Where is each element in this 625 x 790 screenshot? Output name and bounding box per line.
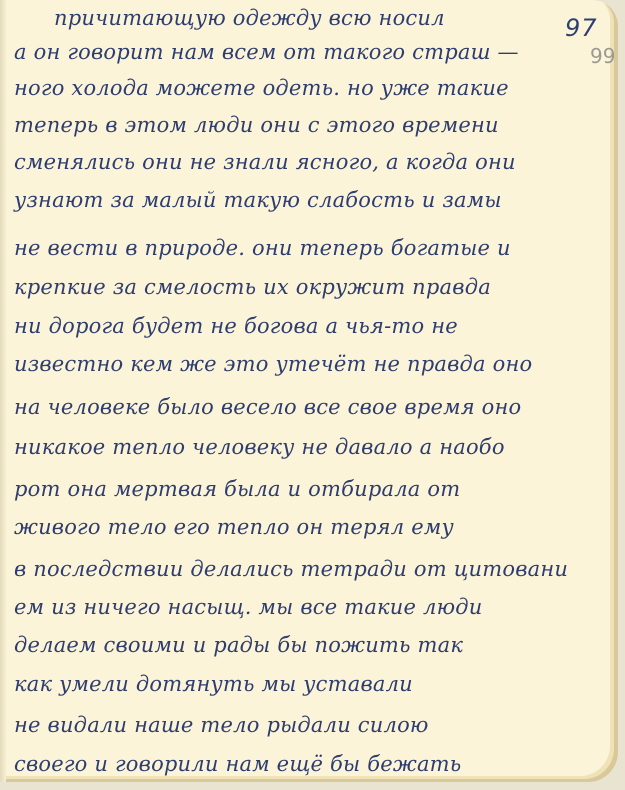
text-line: на человеке было весело все свое время о… <box>14 395 521 419</box>
text-line: теперь в этом люди они с этого времени <box>14 113 499 137</box>
text-line: узнают за малый такую слабость и замы <box>14 188 502 212</box>
text-line: делаем своими и рады бы пожить так <box>14 633 463 657</box>
text-line: рот она мертвая была и отбирала от <box>14 477 460 501</box>
text-line: ем из ничего насыщ. мы все такие люди <box>14 595 483 619</box>
text-line: не видали наше тело рыдали силою <box>14 713 429 737</box>
text-line: ного холода можете одеть. но уже такие <box>14 76 509 100</box>
text-line: крепкие за смелость их окружит правда <box>14 275 491 299</box>
text-line: живого тело его тепло он терял ему <box>14 515 454 539</box>
page-number: 97 <box>565 14 598 42</box>
page-number-stamp: 99 <box>590 44 615 68</box>
text-line: никакое тепло человеку не давало а наобо <box>14 435 505 459</box>
text-line: а он говорит нам всем от такого страш — <box>14 40 519 64</box>
text-line: причитающую одежду всю носил <box>54 6 445 30</box>
text-line: сменялись они не знали ясного, а когда о… <box>14 150 516 174</box>
notebook-page: 97 99 причитающую одежду всю носил а он … <box>0 0 618 782</box>
text-line: в последствии делались тетради от цитова… <box>14 557 568 581</box>
text-line: известно кем же это утечёт не правда оно <box>14 352 532 376</box>
text-line: своего и говорили нам ещё бы бежать <box>14 752 461 776</box>
text-line: не вести в природе. они теперь богатые и <box>14 236 511 260</box>
text-line: ни дорога будет не богова а чья-то не <box>14 314 458 338</box>
text-line: как умели дотянуть мы уставали <box>14 672 413 696</box>
